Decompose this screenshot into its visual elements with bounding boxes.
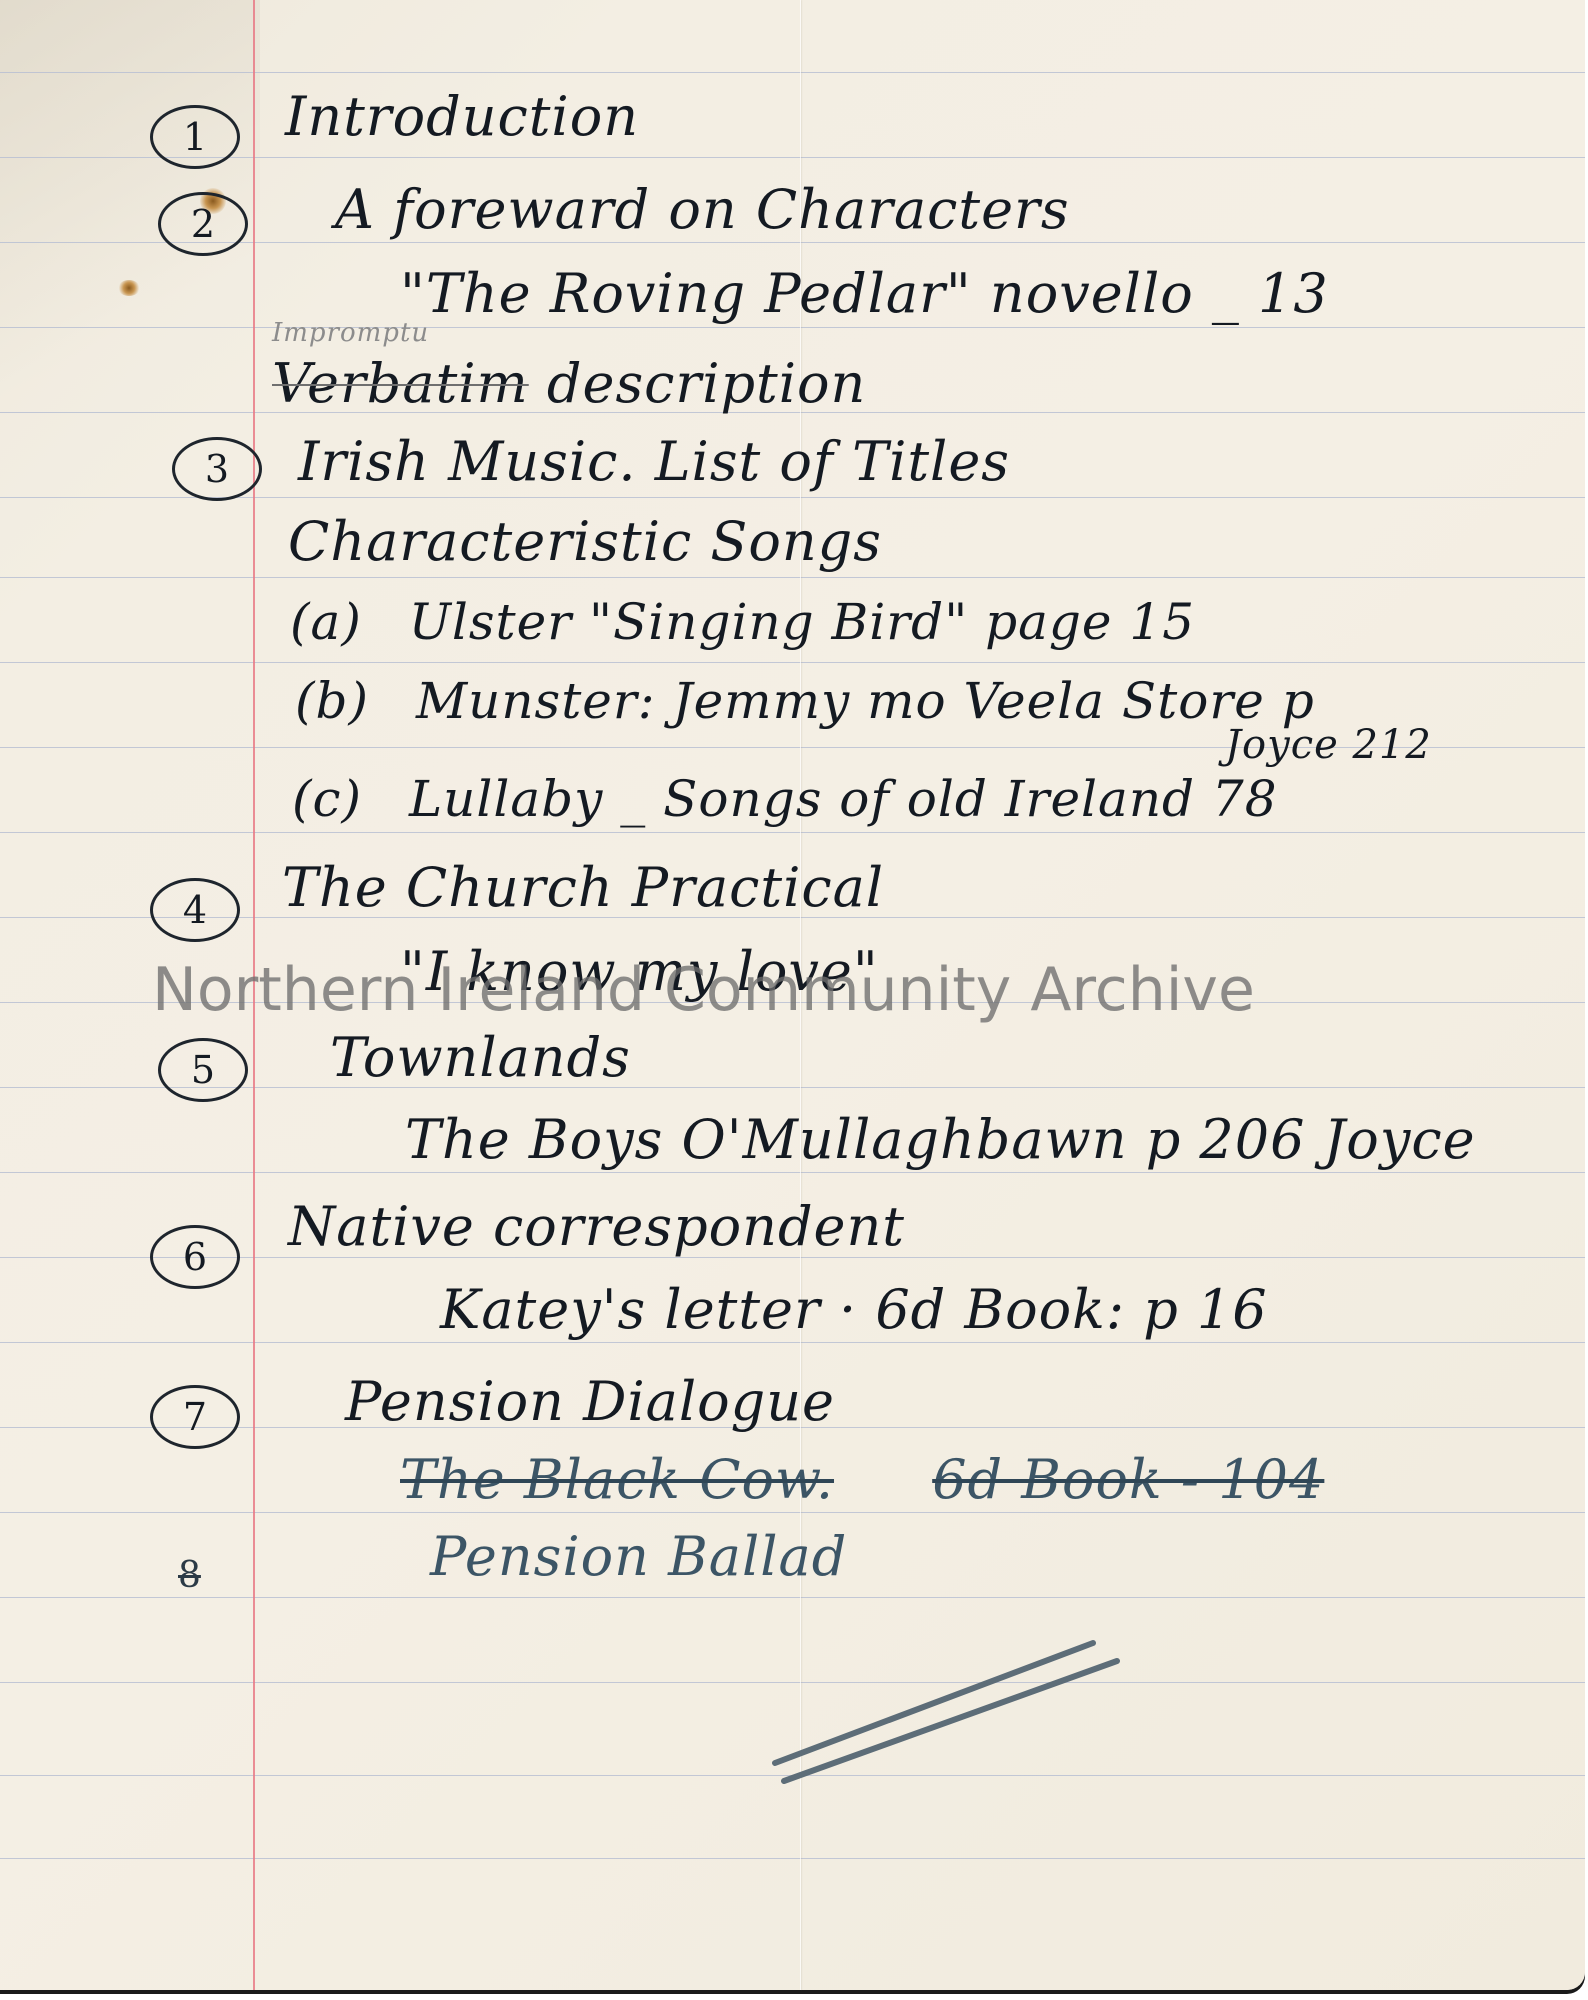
item-number-struck: 8: [178, 1555, 201, 1596]
subitem-text: Ulster "Singing Bird" page 15: [409, 593, 1195, 651]
item-number-circle: 3: [172, 437, 262, 501]
item-7-struck-line: The Black Cow. 6d Book - 104: [400, 1448, 1324, 1511]
ruled-line: [0, 1597, 1585, 1598]
ruled-line: [0, 1775, 1585, 1776]
subitem-text: Lullaby _ Songs of old Ireland 78: [409, 770, 1278, 828]
item-number: 6: [183, 1235, 207, 1279]
subitem-a: (a) Ulster "Singing Bird" page 15: [290, 593, 1195, 651]
ruled-line: [0, 1342, 1585, 1343]
struck-text: The Black Cow.: [400, 1448, 834, 1511]
item-7-title: Pension Dialogue: [345, 1370, 835, 1433]
item-1-title: Introduction: [285, 85, 639, 148]
item-8-title: Pension Ballad: [430, 1525, 847, 1588]
ruled-line: [0, 1682, 1585, 1683]
subitem-label: (c): [292, 770, 362, 828]
item-4-title: The Church Practical: [282, 856, 884, 919]
item-number-circle: 5: [158, 1038, 248, 1102]
item-number: 4: [183, 888, 207, 932]
item-2-title: A foreward on Characters: [335, 178, 1070, 241]
description-word: description: [547, 352, 866, 415]
item-3-title: Irish Music. List of Titles: [298, 430, 1010, 493]
item-number-circle: 4: [150, 878, 240, 942]
ruled-line: [0, 1172, 1585, 1173]
item-number: 1: [183, 115, 207, 159]
item-6-title: Native correspondent: [288, 1195, 905, 1258]
archive-watermark: Northern Ireland Community Archive: [152, 955, 1255, 1025]
subitem-b: (b) Munster: Jemmy mo Veela Store p: [295, 672, 1315, 730]
pencil-annotation: Impromptu: [272, 318, 429, 348]
subitem-b-note: Joyce 212: [1225, 722, 1432, 768]
item-3-subtitle: Characteristic Songs: [288, 510, 882, 573]
item-6-detail: Katey's letter · 6d Book: p 16: [440, 1278, 1268, 1341]
item-number: 3: [205, 447, 229, 491]
subitem-text: Munster: Jemmy mo Veela Store p: [416, 672, 1315, 730]
ruled-line: [0, 832, 1585, 833]
item-number-circle: 1: [150, 105, 240, 169]
item-2-description-line: Verbatim description: [272, 352, 866, 415]
ruled-line: [0, 577, 1585, 578]
item-5-song: The Boys O'Mullaghbawn p 206 Joyce: [405, 1108, 1476, 1171]
struck-word: Verbatim: [272, 352, 529, 415]
ruled-line: [0, 157, 1585, 158]
subitem-label: (a): [290, 593, 362, 651]
item-2-subtitle: "The Roving Pedlar" novello _ 13: [400, 262, 1329, 325]
subitem-label: (b): [295, 672, 369, 730]
notepaper-sheet: 1 Introduction 2 A foreward on Character…: [0, 0, 1585, 1990]
item-number: 2: [191, 202, 215, 246]
ruled-line: [0, 662, 1585, 663]
struck-text: 6d Book - 104: [932, 1448, 1324, 1511]
item-number-circle: 6: [150, 1225, 240, 1289]
item-number-circle: 2: [158, 192, 248, 256]
item-5-title: Townlands: [330, 1026, 631, 1089]
subitem-c: (c) Lullaby _ Songs of old Ireland 78: [292, 770, 1278, 828]
ruled-line: [0, 327, 1585, 328]
ruled-line: [0, 1512, 1585, 1513]
ruled-line: [0, 1858, 1585, 1859]
item-number: 5: [191, 1048, 215, 1092]
rust-stain: [118, 280, 140, 296]
item-number: 7: [183, 1395, 207, 1439]
ruled-line: [0, 72, 1585, 73]
item-number-circle: 7: [150, 1385, 240, 1449]
